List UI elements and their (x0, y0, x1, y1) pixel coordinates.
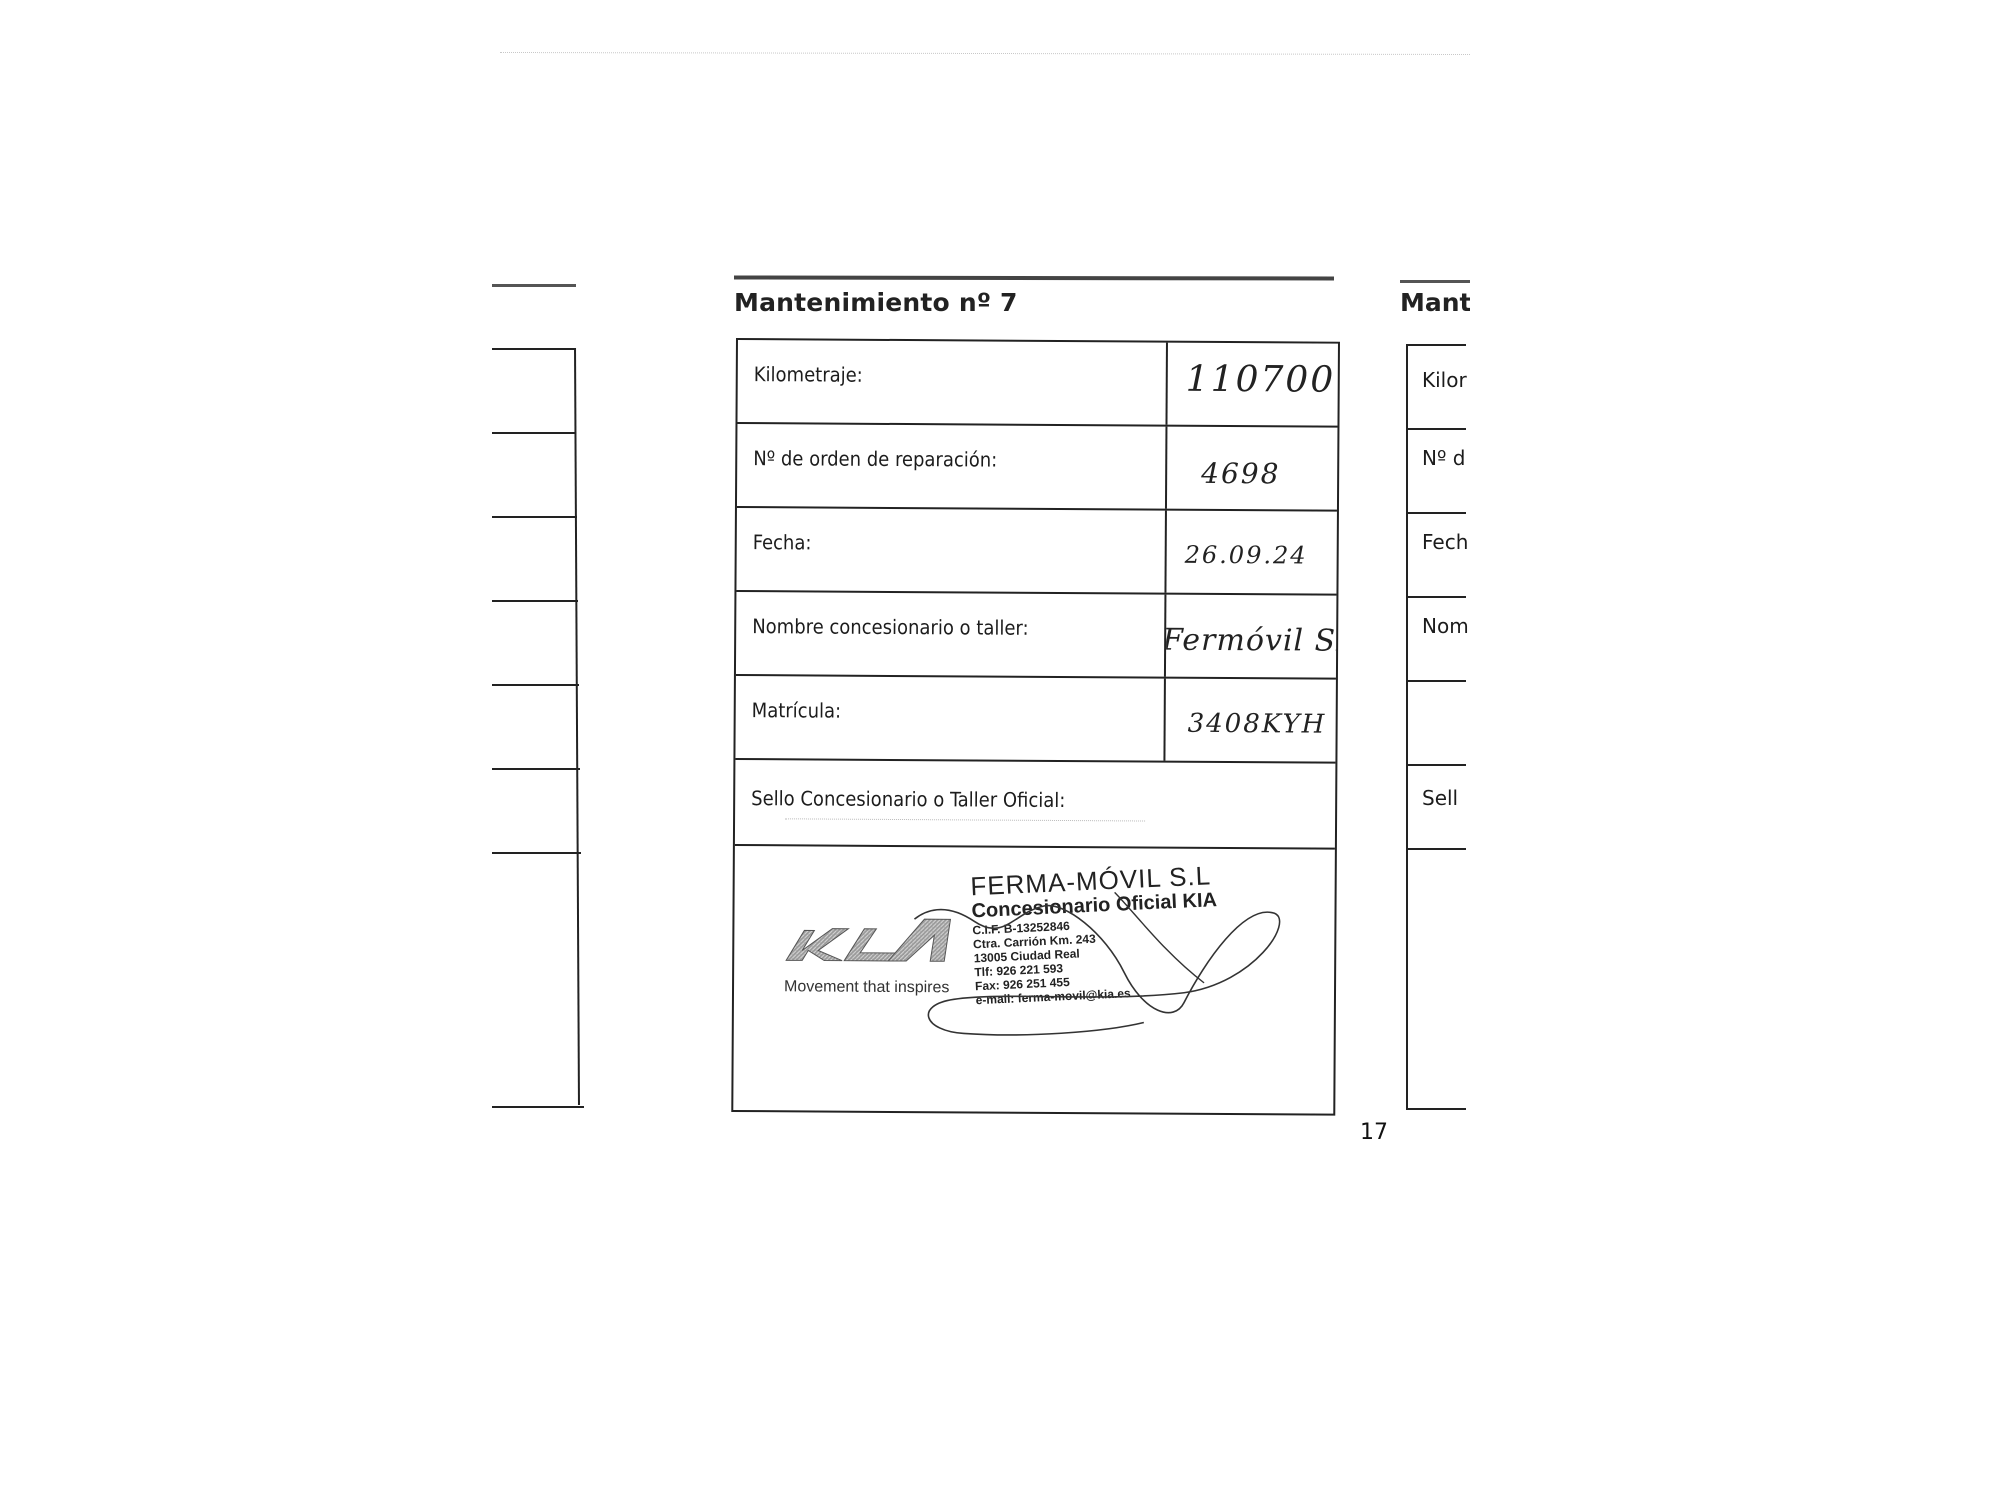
handwritten-value: Fermóvil SL (1164, 623, 1336, 659)
table-rule (492, 432, 576, 434)
row-fecha: Fecha: 26.09.24 (736, 508, 1337, 596)
value-cell: 110700 (1165, 343, 1337, 426)
table-rule (492, 516, 577, 518)
table-rule (1406, 848, 1466, 850)
table-rule (1406, 680, 1466, 682)
signature-icon (904, 871, 1305, 1073)
field-label-partial: Kilor (1422, 368, 1467, 392)
table-rule (1406, 512, 1466, 514)
card-top-bar (492, 284, 576, 287)
value-cell: 4698 (1165, 427, 1337, 510)
maintenance-table: Kilometraje: 110700 Nº de orden de repar… (731, 338, 1340, 1116)
table-rule (1406, 344, 1466, 346)
card-title: Mantenimiento nº 7 (734, 288, 1018, 317)
table-rule (1406, 764, 1466, 766)
dealer-stamp: Movement that inspires FERMA-MÓVIL S.L C… (774, 870, 1295, 1073)
maintenance-card: Mantenimiento nº 7 Kilometraje: 110700 N… (734, 276, 1339, 1116)
table-rule (492, 1106, 584, 1108)
field-label: Sello Concesionario o Taller Oficial: (751, 786, 1065, 812)
field-label-partial: Nº d (1422, 446, 1465, 470)
row-nombre-concesionario: Nombre concesionario o taller: Fermóvil … (736, 592, 1337, 680)
field-label-partial: Nom (1422, 614, 1469, 638)
page-number: 17 (1360, 1120, 1388, 1145)
value-cell: Fermóvil SL (1164, 595, 1336, 678)
handwritten-value: 26.09.24 (1185, 541, 1308, 570)
table-rule (492, 768, 580, 770)
field-label: Nombre concesionario o taller: (752, 614, 1028, 640)
row-matricula: Matrícula: 3408KYH (735, 676, 1336, 764)
table-rule (1406, 428, 1466, 430)
handwritten-value: 4698 (1201, 457, 1280, 490)
dotted-guide (785, 818, 1145, 821)
scan-dotted-line (500, 52, 1470, 55)
value-cell: 26.09.24 (1164, 511, 1336, 594)
row-sello-label: Sello Concesionario o Taller Oficial: (735, 760, 1336, 850)
row-orden-reparacion: Nº de orden de reparación: 4698 (737, 424, 1338, 512)
table-rule (1406, 596, 1466, 598)
table-rule (492, 684, 579, 686)
card-title-partial: Mant (1400, 288, 1470, 317)
card-top-bar (1400, 280, 1470, 283)
value-cell: 3408KYH (1163, 679, 1335, 762)
field-label-partial: Fech (1422, 530, 1468, 554)
previous-maintenance-card-partial (492, 284, 587, 1114)
table-rule (492, 852, 581, 854)
field-label: Matrícula: (752, 698, 842, 723)
table-rule (492, 348, 576, 350)
table-rule (492, 600, 578, 602)
handwritten-value: 3408KYH (1188, 709, 1327, 740)
next-maintenance-card-partial: Mant Kilor Nº d Fech Nom Sell (1400, 276, 1470, 1116)
table-rule (1406, 1108, 1466, 1110)
field-label: Kilometraje: (754, 362, 863, 387)
field-label-partial: Sell (1422, 786, 1458, 810)
card-top-bar (734, 275, 1334, 280)
field-label: Fecha: (753, 530, 812, 554)
table-right-border (574, 348, 580, 1105)
field-label: Nº de orden de reparación: (753, 446, 997, 471)
table-left-border (1406, 344, 1408, 1109)
handwritten-value: 110700 (1186, 359, 1336, 401)
row-kilometraje: Kilometraje: 110700 (737, 340, 1338, 428)
